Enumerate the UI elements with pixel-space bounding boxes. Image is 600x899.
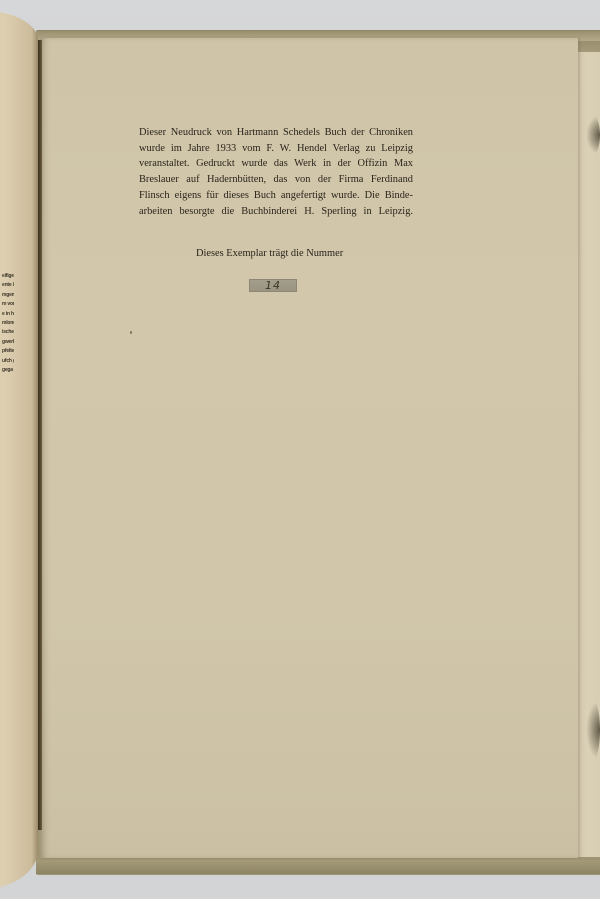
finger-shadow-bottom [586, 700, 600, 760]
left-page-line: pfelter [2, 347, 14, 356]
left-page-line: m von [2, 300, 14, 309]
left-facing-page [0, 10, 38, 890]
colophon-line: veranstaltet. Gedruckt wurde das Werk in… [139, 156, 413, 172]
left-page-line: ischen [2, 328, 14, 337]
left-page-line: gega [2, 366, 14, 375]
colophon-line: arbeiten besorgte die Buchbinderei H. Sp… [139, 204, 413, 220]
exemplar-label: Dieses Exemplar trägt die Nummer [196, 248, 343, 259]
paper-speck [130, 331, 132, 334]
finger-shadow-top [586, 115, 600, 155]
board-bottom-edge [36, 860, 600, 874]
colophon-line: Flinsch eigens für dieses Buch angeferti… [139, 188, 413, 204]
left-page-line: mlonen [2, 319, 14, 328]
colophon-line: Breslauer auf Hadernbütten, das von der … [139, 172, 413, 188]
left-page-line: gwerb [2, 338, 14, 347]
book-gutter [38, 40, 42, 830]
colophon-line: Dieser Neudruck von Hartmann Schedels Bu… [139, 125, 413, 141]
left-page-line: eifigen [2, 272, 14, 281]
colophon-text: Dieser Neudruck von Hartmann Schedels Bu… [139, 125, 413, 219]
exemplar-number-label: 14 [249, 279, 297, 292]
left-page-line: e in hg [2, 310, 14, 319]
exemplar-number: 14 [265, 280, 281, 291]
left-page-line: ufch g [2, 357, 14, 366]
left-page-line: mgen ß [2, 291, 14, 300]
left-page-line: ente in [2, 281, 14, 290]
left-page-text-fragment: eifigen ente in mgen ß m von e in hg mlo… [2, 272, 14, 375]
colophon-line: wurde im Jahre 1933 vom F. W. Hendel Ver… [139, 141, 413, 157]
